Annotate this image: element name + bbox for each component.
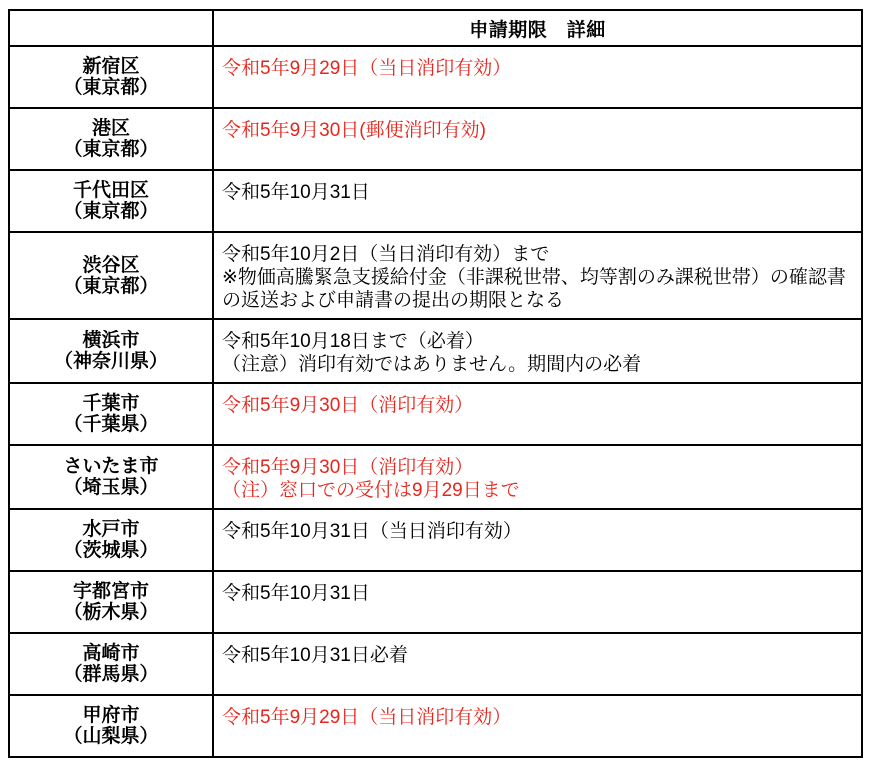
header-area-cell [9, 10, 213, 46]
deadline-text: 令和5年9月30日(郵便消印有効) [222, 119, 853, 142]
city-name: 千葉市 [12, 393, 210, 414]
area-cell: 渋谷区 （東京都） [9, 232, 213, 319]
city-name: さいたま市 [12, 456, 210, 477]
table-row-kofu: 甲府市 （山梨県） 令和5年9月29日（当日消印有効） [9, 695, 862, 757]
deadline-text: 令和5年10月18日まで（必着） [222, 330, 853, 353]
header-row: 申請期限 詳細 [9, 10, 862, 46]
city-name: 新宿区 [12, 56, 210, 77]
deadline-note: （注意）消印有効ではありません。期間内の必着 [222, 353, 853, 376]
deadline-cell: 令和5年10月31日 [213, 170, 862, 232]
deadline-cell: 令和5年9月29日（当日消印有効） [213, 695, 862, 757]
deadline-text: 令和5年10月31日必着 [222, 644, 853, 667]
city-name: 千代田区 [12, 180, 210, 201]
table-row-chiyoda: 千代田区 （東京都） 令和5年10月31日 [9, 170, 862, 232]
deadline-cell: 令和5年10月31日必着 [213, 633, 862, 695]
deadline-note: （注）窓口での受付は9月29日まで [222, 479, 853, 502]
table-row-shinjuku: 新宿区 （東京都） 令和5年9月29日（当日消印有効） [9, 46, 862, 108]
prefecture-name: （山梨県） [12, 726, 210, 747]
header-deadline-cell: 申請期限 詳細 [213, 10, 862, 46]
city-name: 水戸市 [12, 519, 210, 540]
deadline-text: 令和5年9月30日（消印有効） [222, 456, 853, 479]
prefecture-name: （東京都） [12, 276, 210, 297]
table-row-yokohama: 横浜市 （神奈川県） 令和5年10月18日まで（必着） （注意）消印有効ではあり… [9, 319, 862, 383]
page: 申請期限 詳細 新宿区 （東京都） 令和5年9月29日（当日消印有効） 港区 （… [0, 0, 870, 762]
deadline-cell: 令和5年10月31日 [213, 571, 862, 633]
prefecture-name: （埼玉県） [12, 477, 210, 498]
prefecture-name: （茨城県） [12, 540, 210, 561]
deadline-text: 令和5年10月2日（当日消印有効）まで [222, 243, 853, 266]
deadline-cell: 令和5年9月30日(郵便消印有効) [213, 108, 862, 170]
table-row-saitama: さいたま市 （埼玉県） 令和5年9月30日（消印有効） （注）窓口での受付は9月… [9, 445, 862, 509]
area-cell: 港区 （東京都） [9, 108, 213, 170]
city-name: 港区 [12, 118, 210, 139]
deadline-cell: 令和5年9月30日（消印有効） [213, 383, 862, 445]
deadline-text: 令和5年9月29日（当日消印有効） [222, 57, 853, 80]
table-row-shibuya: 渋谷区 （東京都） 令和5年10月2日（当日消印有効）まで ※物価高騰緊急支援給… [9, 232, 862, 319]
table-body: 新宿区 （東京都） 令和5年9月29日（当日消印有効） 港区 （東京都） 令和5… [9, 46, 862, 757]
area-cell: 千代田区 （東京都） [9, 170, 213, 232]
area-cell: 宇都宮市 （栃木県） [9, 571, 213, 633]
table-row-minato: 港区 （東京都） 令和5年9月30日(郵便消印有効) [9, 108, 862, 170]
prefecture-name: （東京都） [12, 139, 210, 160]
deadline-text: 令和5年9月29日（当日消印有効） [222, 706, 853, 729]
table-row-mito: 水戸市 （茨城県） 令和5年10月31日（当日消印有効） [9, 509, 862, 571]
area-cell: 新宿区 （東京都） [9, 46, 213, 108]
city-name: 渋谷区 [12, 255, 210, 276]
table-header: 申請期限 詳細 [9, 10, 862, 46]
prefecture-name: （千葉県） [12, 414, 210, 435]
deadline-note: ※物価高騰緊急支援給付金（非課税世帯、均等割のみ課税世帯）の確認書の返送および申… [222, 266, 853, 312]
area-cell: 千葉市 （千葉県） [9, 383, 213, 445]
area-cell: 甲府市 （山梨県） [9, 695, 213, 757]
deadline-text: 令和5年10月31日（当日消印有効） [222, 520, 853, 543]
prefecture-name: （東京都） [12, 201, 210, 222]
table-row-takasaki: 高崎市 （群馬県） 令和5年10月31日必着 [9, 633, 862, 695]
prefecture-name: （東京都） [12, 77, 210, 98]
deadline-cell: 令和5年10月31日（当日消印有効） [213, 509, 862, 571]
deadline-text: 令和5年10月31日 [222, 181, 853, 204]
table-row-utsunomiya: 宇都宮市 （栃木県） 令和5年10月31日 [9, 571, 862, 633]
prefecture-name: （栃木県） [12, 602, 210, 623]
deadline-cell: 令和5年9月29日（当日消印有効） [213, 46, 862, 108]
city-name: 横浜市 [12, 330, 210, 351]
deadline-cell: 令和5年10月2日（当日消印有効）まで ※物価高騰緊急支援給付金（非課税世帯、均… [213, 232, 862, 319]
area-cell: さいたま市 （埼玉県） [9, 445, 213, 509]
deadline-table: 申請期限 詳細 新宿区 （東京都） 令和5年9月29日（当日消印有効） 港区 （… [8, 9, 863, 758]
prefecture-name: （群馬県） [12, 664, 210, 685]
deadline-cell: 令和5年10月18日まで（必着） （注意）消印有効ではありません。期間内の必着 [213, 319, 862, 383]
deadline-cell: 令和5年9月30日（消印有効） （注）窓口での受付は9月29日まで [213, 445, 862, 509]
area-cell: 水戸市 （茨城県） [9, 509, 213, 571]
deadline-text: 令和5年9月30日（消印有効） [222, 394, 853, 417]
prefecture-name: （神奈川県） [12, 351, 210, 372]
city-name: 甲府市 [12, 705, 210, 726]
area-cell: 高崎市 （群馬県） [9, 633, 213, 695]
table-row-chiba: 千葉市 （千葉県） 令和5年9月30日（消印有効） [9, 383, 862, 445]
city-name: 高崎市 [12, 643, 210, 664]
city-name: 宇都宮市 [12, 581, 210, 602]
deadline-text: 令和5年10月31日 [222, 582, 853, 605]
area-cell: 横浜市 （神奈川県） [9, 319, 213, 383]
